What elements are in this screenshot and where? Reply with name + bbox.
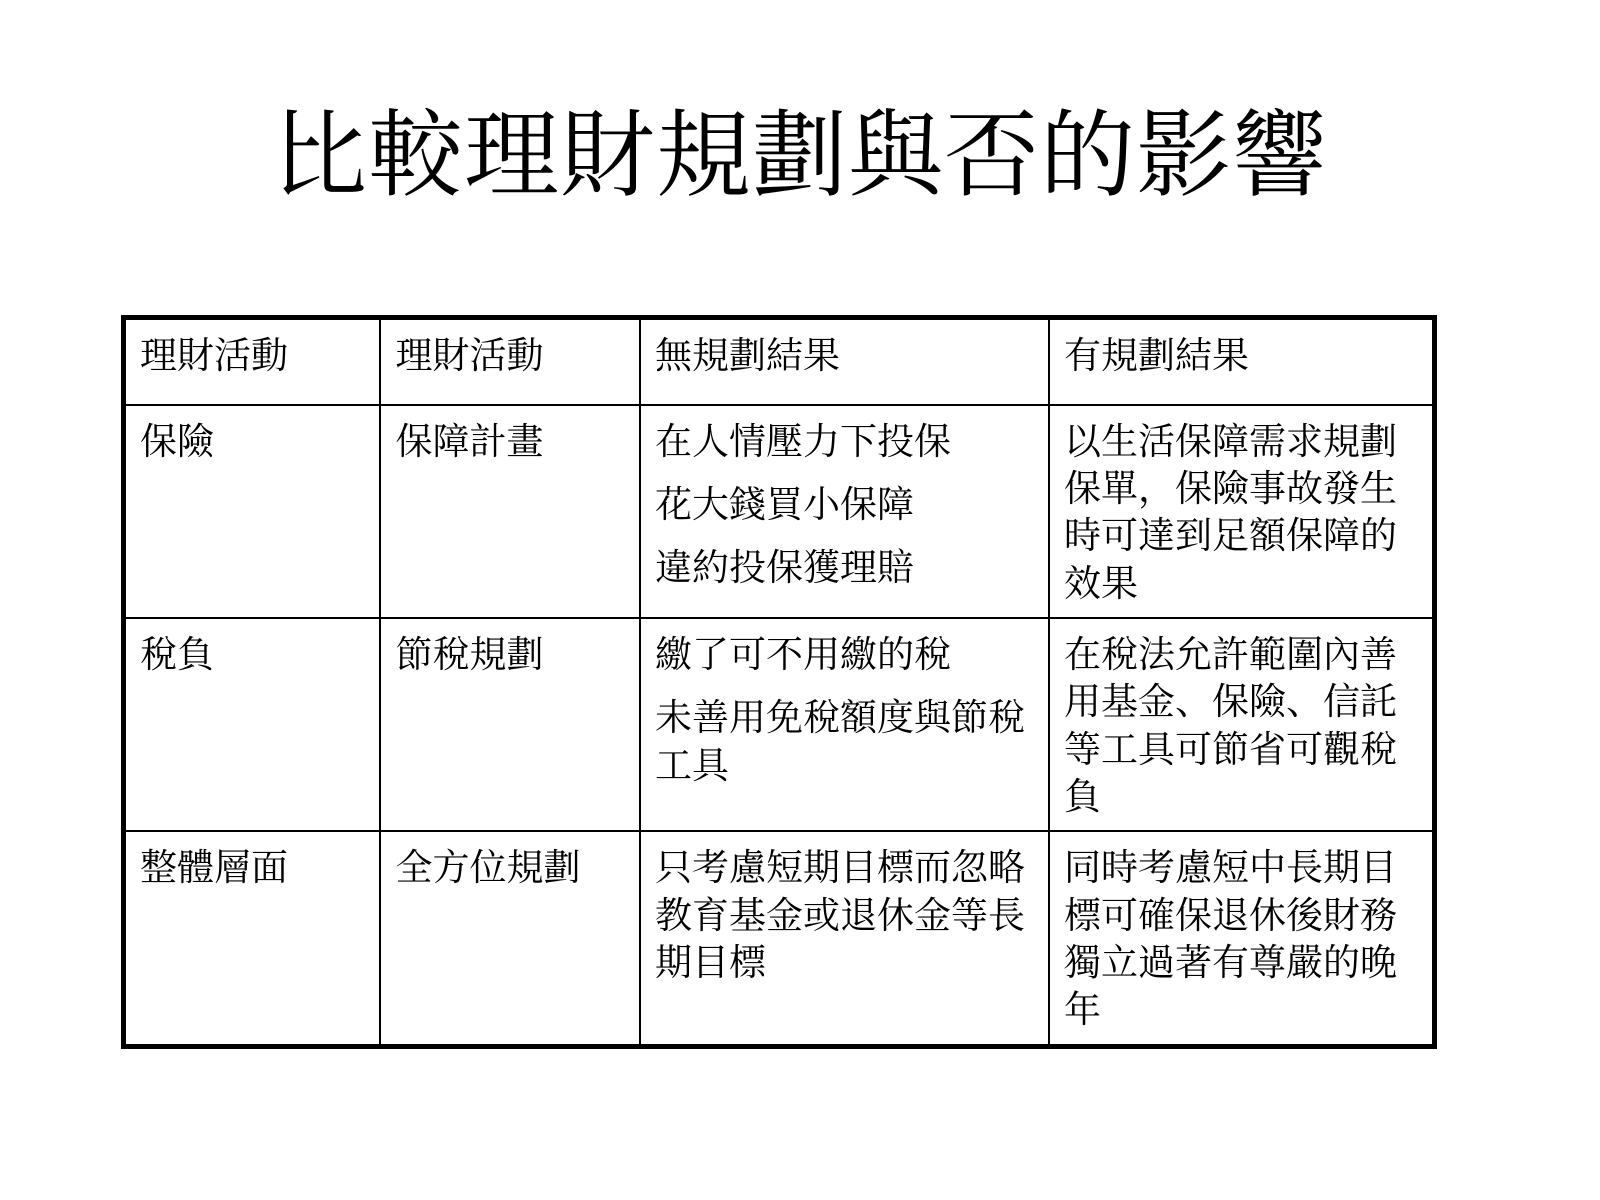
with-plan-result-cell: 以生活保障需求規劃保單，保險事故發生時可達到足額保障的效果 — [1049, 405, 1434, 618]
cell-paragraph: 以生活保障需求規劃保單，保險事故發生時可達到足額保障的效果 — [1064, 418, 1422, 607]
column-header: 理財活動 — [380, 318, 640, 405]
column-header: 無規劃結果 — [640, 318, 1049, 405]
table-body: 保險保障計畫在人情壓力下投保花大錢買小保障違約投保獲理賠以生活保障需求規劃保單，… — [124, 405, 1435, 1047]
with-plan-result-cell: 同時考慮短中長期目標可確保退休後財務獨立過著有尊嚴的晚年 — [1049, 831, 1434, 1046]
column-header: 理財活動 — [124, 318, 381, 405]
no-plan-result-cell: 只考慮短期目標而忽略教育基金或退休金等長期目標 — [640, 831, 1049, 1046]
comparison-table: 理財活動理財活動無規劃結果有規劃結果 保險保障計畫在人情壓力下投保花大錢買小保障… — [121, 315, 1437, 1049]
table-row: 稅負節稅規劃繳了可不用繳的稅未善用免稅額度與節稅工具在稅法允許範圍內善用基金、保… — [124, 618, 1435, 831]
cell-paragraph: 在稅法允許範圍內善用基金、保險、信託等工具可節省可觀稅負 — [1064, 631, 1422, 820]
cell-paragraph: 只考慮短期目標而忽略教育基金或退休金等長期目標 — [655, 844, 1038, 986]
plan-cell: 保障計畫 — [380, 405, 640, 618]
page-title: 比較理財規劃與否的影響 — [0, 88, 1600, 226]
cell-paragraph: 繳了可不用繳的稅 — [655, 631, 1038, 678]
plan-cell: 節稅規劃 — [380, 618, 640, 831]
activity-cell: 整體層面 — [124, 831, 381, 1046]
column-header: 有規劃結果 — [1049, 318, 1434, 405]
cell-paragraph: 在人情壓力下投保 — [655, 418, 1038, 465]
no-plan-result-cell: 繳了可不用繳的稅未善用免稅額度與節稅工具 — [640, 618, 1049, 831]
with-plan-result-cell: 在稅法允許範圍內善用基金、保險、信託等工具可節省可觀稅負 — [1049, 618, 1434, 831]
cell-paragraph: 同時考慮短中長期目標可確保退休後財務獨立過著有尊嚴的晚年 — [1064, 844, 1422, 1033]
table-row: 整體層面全方位規劃只考慮短期目標而忽略教育基金或退休金等長期目標同時考慮短中長期… — [124, 831, 1435, 1046]
cell-paragraph: 花大錢買小保障 — [655, 481, 1038, 528]
activity-cell: 稅負 — [124, 618, 381, 831]
table-header-row: 理財活動理財活動無規劃結果有規劃結果 — [124, 318, 1435, 405]
plan-cell: 全方位規劃 — [380, 831, 640, 1046]
cell-paragraph: 未善用免稅額度與節稅工具 — [655, 694, 1038, 789]
no-plan-result-cell: 在人情壓力下投保花大錢買小保障違約投保獲理賠 — [640, 405, 1049, 618]
slide: 比較理財規劃與否的影響 理財活動理財活動無規劃結果有規劃結果 保險保障計畫在人情… — [0, 0, 1600, 1200]
cell-paragraph: 違約投保獲理賠 — [655, 544, 1038, 591]
table-row: 保險保障計畫在人情壓力下投保花大錢買小保障違約投保獲理賠以生活保障需求規劃保單，… — [124, 405, 1435, 618]
activity-cell: 保險 — [124, 405, 381, 618]
